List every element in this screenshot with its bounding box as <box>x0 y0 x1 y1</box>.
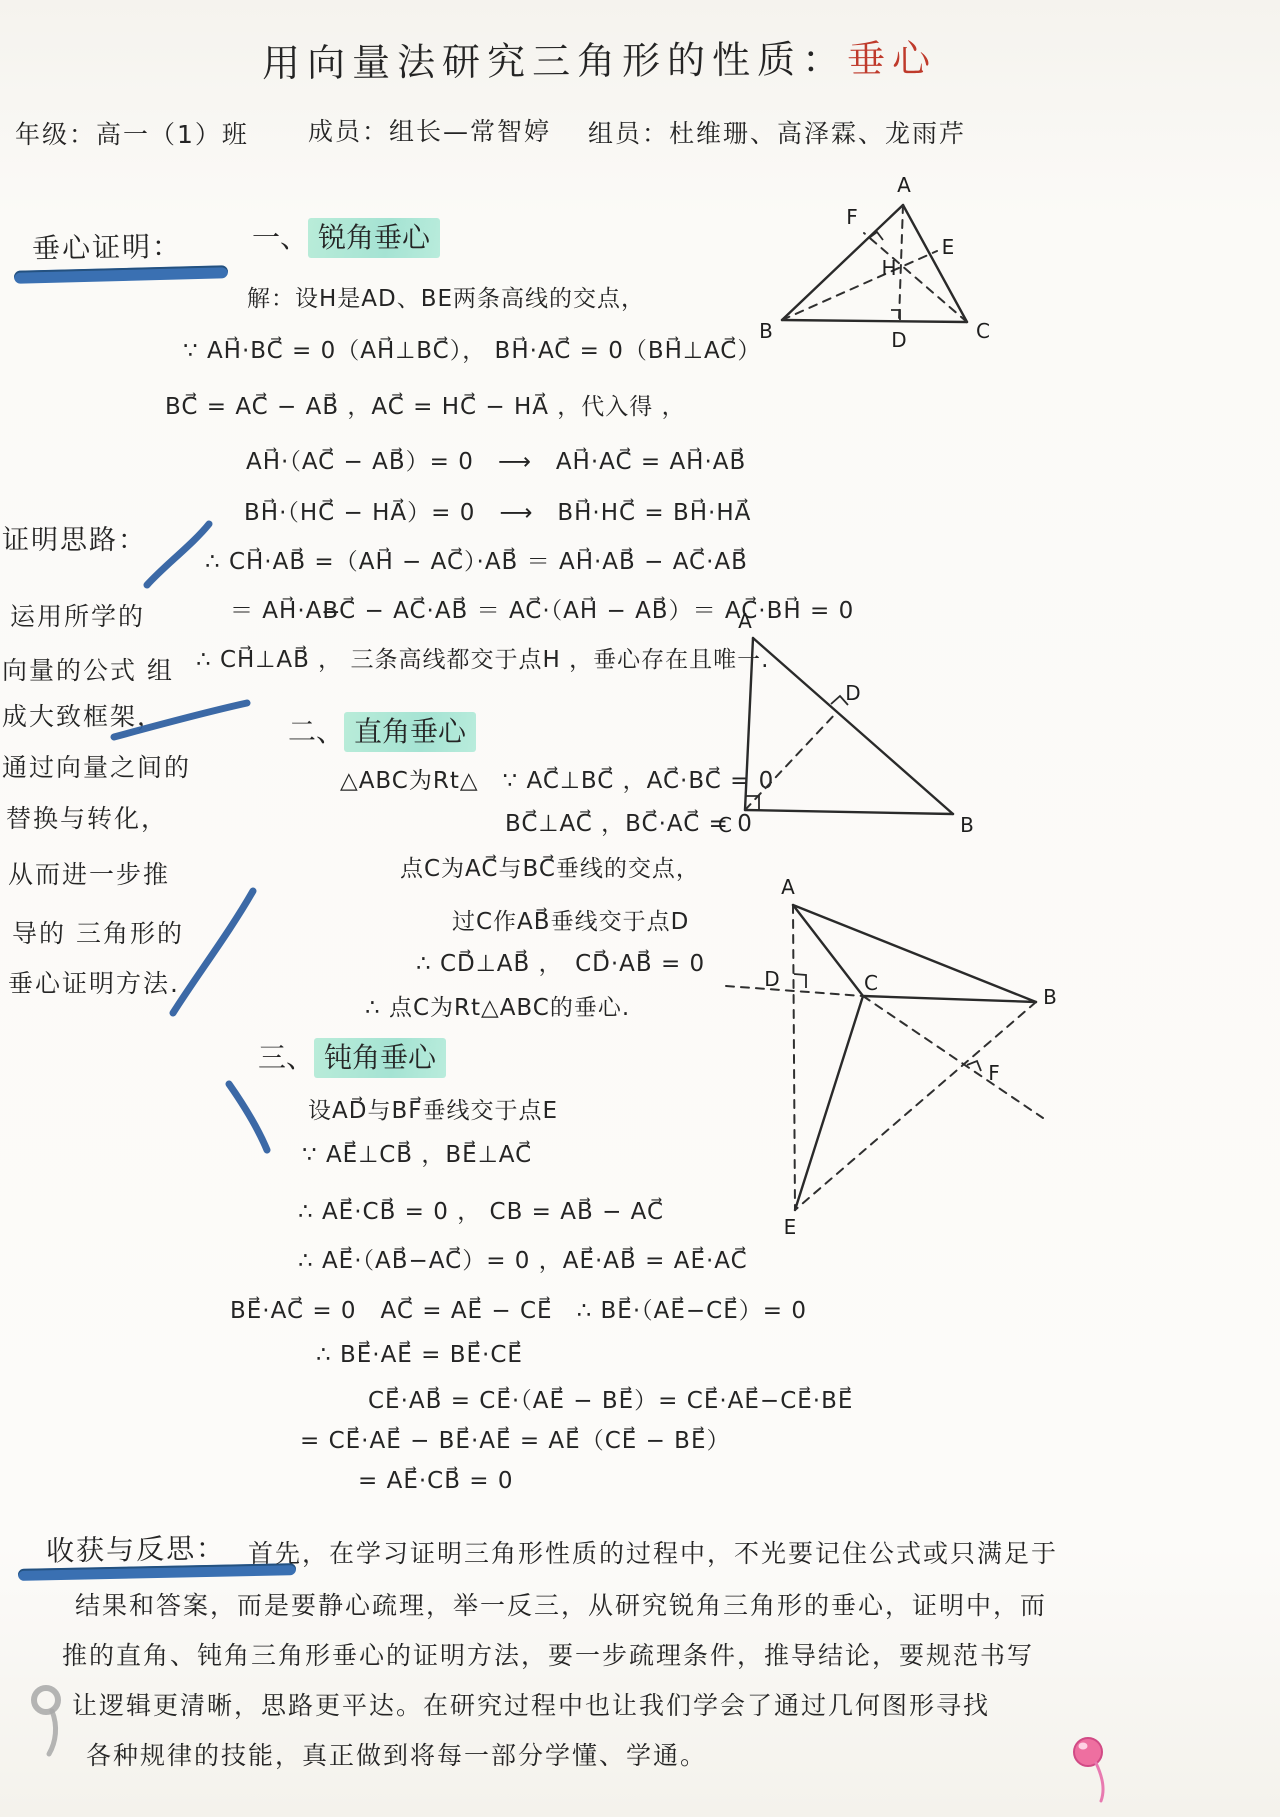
obtuse-triangle-diagram: A D C B F E <box>698 860 1093 1290</box>
reflection-heading: 收获与反思： <box>46 1526 227 1569</box>
grade-label: 年级：高一（1）班 <box>15 115 249 151</box>
vertex-label-D: D <box>891 328 906 352</box>
blue-stroke-3 <box>173 891 253 1013</box>
s2-line: ∴ 点C为Rt△ABC的垂心. <box>365 989 630 1022</box>
s1-line: AH⃗·（AC⃗ − AB⃗）= 0 ⟶ AH⃗·AC⃗ = AH⃗·AB⃗ <box>246 443 746 476</box>
margin-idea-line: 运用所学的 <box>10 597 145 633</box>
s1-line: ∴ CH⃗·AB⃗ =（AH⃗ − AC⃗）·AB⃗ ＝ AH⃗·AB⃗ − A… <box>205 543 748 576</box>
margin-idea-line: 通过向量之间的 <box>2 748 191 784</box>
vertex-label-A: A <box>897 173 911 197</box>
s3-line: = AE⃗·CB⃗ = 0 <box>358 1468 514 1494</box>
s3-line: ∴ AE⃗·（AB⃗−AC⃗）= 0 ，AE⃗·AB⃗ = AE⃗·AC⃗ <box>298 1242 748 1275</box>
section2-number: 二、 <box>288 715 344 748</box>
vertex-label-B: B <box>759 319 773 343</box>
margin-idea-line: 导的 三角形的 <box>12 914 184 950</box>
vertex-label-D: D <box>845 681 860 705</box>
section1-number: 一、 <box>252 221 308 254</box>
s3-line: BE⃗·AC⃗ = 0 AC⃗ = AE⃗ − CE⃗ ∴ BE⃗·（AE⃗−C… <box>230 1292 807 1325</box>
right-triangle-diagram: A D C B <box>695 600 995 845</box>
vertex-label-F: F <box>846 205 858 229</box>
right-angle-mark-F <box>967 1061 981 1071</box>
group-members-label: 组员：杜维珊、高泽霖、龙雨芹 <box>588 114 966 150</box>
gray-pin <box>34 1688 58 1754</box>
page-title-keyword: 垂心 <box>847 37 937 82</box>
vertex-label-C: C <box>718 813 732 837</box>
handwritten-math-notes-page: 用向量法研究三角形的性质：垂心 年级：高一（1）班 成员：组长—常智婷 组员：杜… <box>0 0 1280 1817</box>
s3-line: ∵ AE⃗⊥CB⃗ ，BE⃗⊥AC⃗ <box>302 1136 532 1169</box>
vertex-label-C: C <box>976 319 990 343</box>
side-BC <box>782 320 967 322</box>
vertex-label-H: H <box>881 256 896 280</box>
vertex-label-E: E <box>784 1215 797 1239</box>
side-AB <box>753 638 953 814</box>
margin-idea-line: 成大致框架， <box>2 697 164 733</box>
s1-line: BH⃗·（HC⃗ − HA⃗）= 0 ⟶ BH⃗·HC⃗ = BH⃗·HA⃗ <box>244 494 751 527</box>
s3-line: = CE⃗·AE⃗ − BE⃗·AE⃗ = AE⃗（CE⃗ − BE⃗） <box>300 1422 731 1455</box>
vertex-label-A: A <box>738 609 752 633</box>
vertex-label-F: F <box>988 1061 1000 1085</box>
vertex-label-D: D <box>764 967 779 991</box>
page-title-text: 用向量法研究三角形的性质： <box>262 37 847 85</box>
side-CB <box>863 996 1036 1002</box>
s1-line: BC⃗ = AC⃗ − AB⃗ ，AC⃗ = HC⃗ − HA⃗ ，代入得 ， <box>165 388 686 421</box>
page-title: 用向量法研究三角形的性质：垂心 <box>262 28 937 88</box>
s3-line: ∴ BE⃗·AE⃗ = BE⃗·CE⃗ <box>316 1342 523 1368</box>
altitude-CF-extended-dashed <box>863 996 1043 1118</box>
section2-heading: 二、直角垂心 <box>288 710 476 750</box>
margin-idea-line: 垂心证明方法. <box>8 964 180 1000</box>
margin-idea-heading: 证明思路： <box>2 518 147 557</box>
vertex-label-C: C <box>864 971 878 995</box>
s3-line: CE⃗·AB⃗ = CE⃗·（AE⃗ − BE⃗）= CE⃗·AE⃗−CE⃗·B… <box>368 1382 853 1415</box>
acute-triangle-diagram: A F E H B C D <box>752 172 1002 362</box>
vertex-label-A: A <box>781 875 795 899</box>
s2-line: 点C为AC⃗与BC⃗垂线的交点， <box>400 850 700 883</box>
vertex-label-B: B <box>960 813 974 837</box>
s1-line: ∵ AH⃗·BC⃗ = 0（AH⃗⊥BC⃗）， BH⃗·AC⃗ = 0（BH⃗⊥… <box>183 332 761 365</box>
margin-idea-line: 向量的公式 组 <box>2 651 174 687</box>
margin-proof-heading: 垂心证明： <box>32 225 183 268</box>
reflection-line: 推的直角、钝角三角形垂心的证明方法，要一步疏理条件，推导结论，要规范书写 <box>62 1636 1034 1672</box>
reflection-line: 各种规律的技能，真正做到将每一部分学懂、学通。 <box>86 1736 707 1772</box>
reflection-line: 让逻辑更清晰，思路更平达。在研究过程中也让我们学会了通过几何图形寻找 <box>72 1686 990 1722</box>
margin-idea-line: 替换与转化， <box>6 799 168 835</box>
s1-line: ∴ CH⃗⊥AB⃗ ， 三条高线都交于点H ，垂心存在且唯一. <box>196 641 769 674</box>
side-CB <box>745 810 953 814</box>
reflection-line: 首先，在学习证明三角形性质的过程中，不光要记住公式或只满足于 <box>248 1534 1058 1570</box>
side-AC <box>745 638 753 810</box>
blue-stroke-4 <box>229 1084 267 1150</box>
side-CA <box>903 205 967 322</box>
right-angle-mark-D <box>794 974 806 988</box>
altitude-BE-dashed <box>795 1002 1036 1210</box>
pink-pin <box>1074 1738 1103 1801</box>
section3-number: 三、 <box>258 1041 314 1074</box>
s1-line: 解：设H是AD、BE两条高线的交点， <box>247 280 645 313</box>
section1-heading: 一、锐角垂心 <box>252 216 440 256</box>
margin-idea-line: 从而进一步推 <box>8 855 170 891</box>
vertex-label-E: E <box>942 235 955 259</box>
altitude-ADE-dashed <box>793 905 795 1210</box>
s3-line: 设AD⃗与BF⃗垂线交于点E <box>308 1092 558 1125</box>
group-leader-label: 成员：组长—常智婷 <box>308 112 551 148</box>
section3-heading: 三、钝角垂心 <box>258 1036 446 1076</box>
altitude-BE-dashed <box>782 251 937 320</box>
blue-marker-underline <box>14 265 228 284</box>
blue-stroke-1 <box>147 524 209 585</box>
s3-line: ∴ AE⃗·CB⃗ = 0 ， CB = AB⃗ − AC⃗ <box>298 1193 664 1226</box>
reflection-line: 结果和答案，而是要静心疏理，举一反三，从研究锐角三角形的垂心，证明中，而 <box>75 1586 1047 1622</box>
segment-CE <box>795 996 863 1210</box>
section1-heading-highlight: 锐角垂心 <box>308 218 440 258</box>
s2-line: ∴ CD⃗⊥AB⃗ ， CD⃗·AB⃗ = 0 <box>416 945 705 978</box>
vertex-label-B: B <box>1043 985 1057 1009</box>
s2-line: 过C作AB⃗垂线交于点D <box>452 903 689 936</box>
section2-heading-highlight: 直角垂心 <box>344 712 476 752</box>
section3-heading-highlight: 钝角垂心 <box>314 1038 446 1078</box>
